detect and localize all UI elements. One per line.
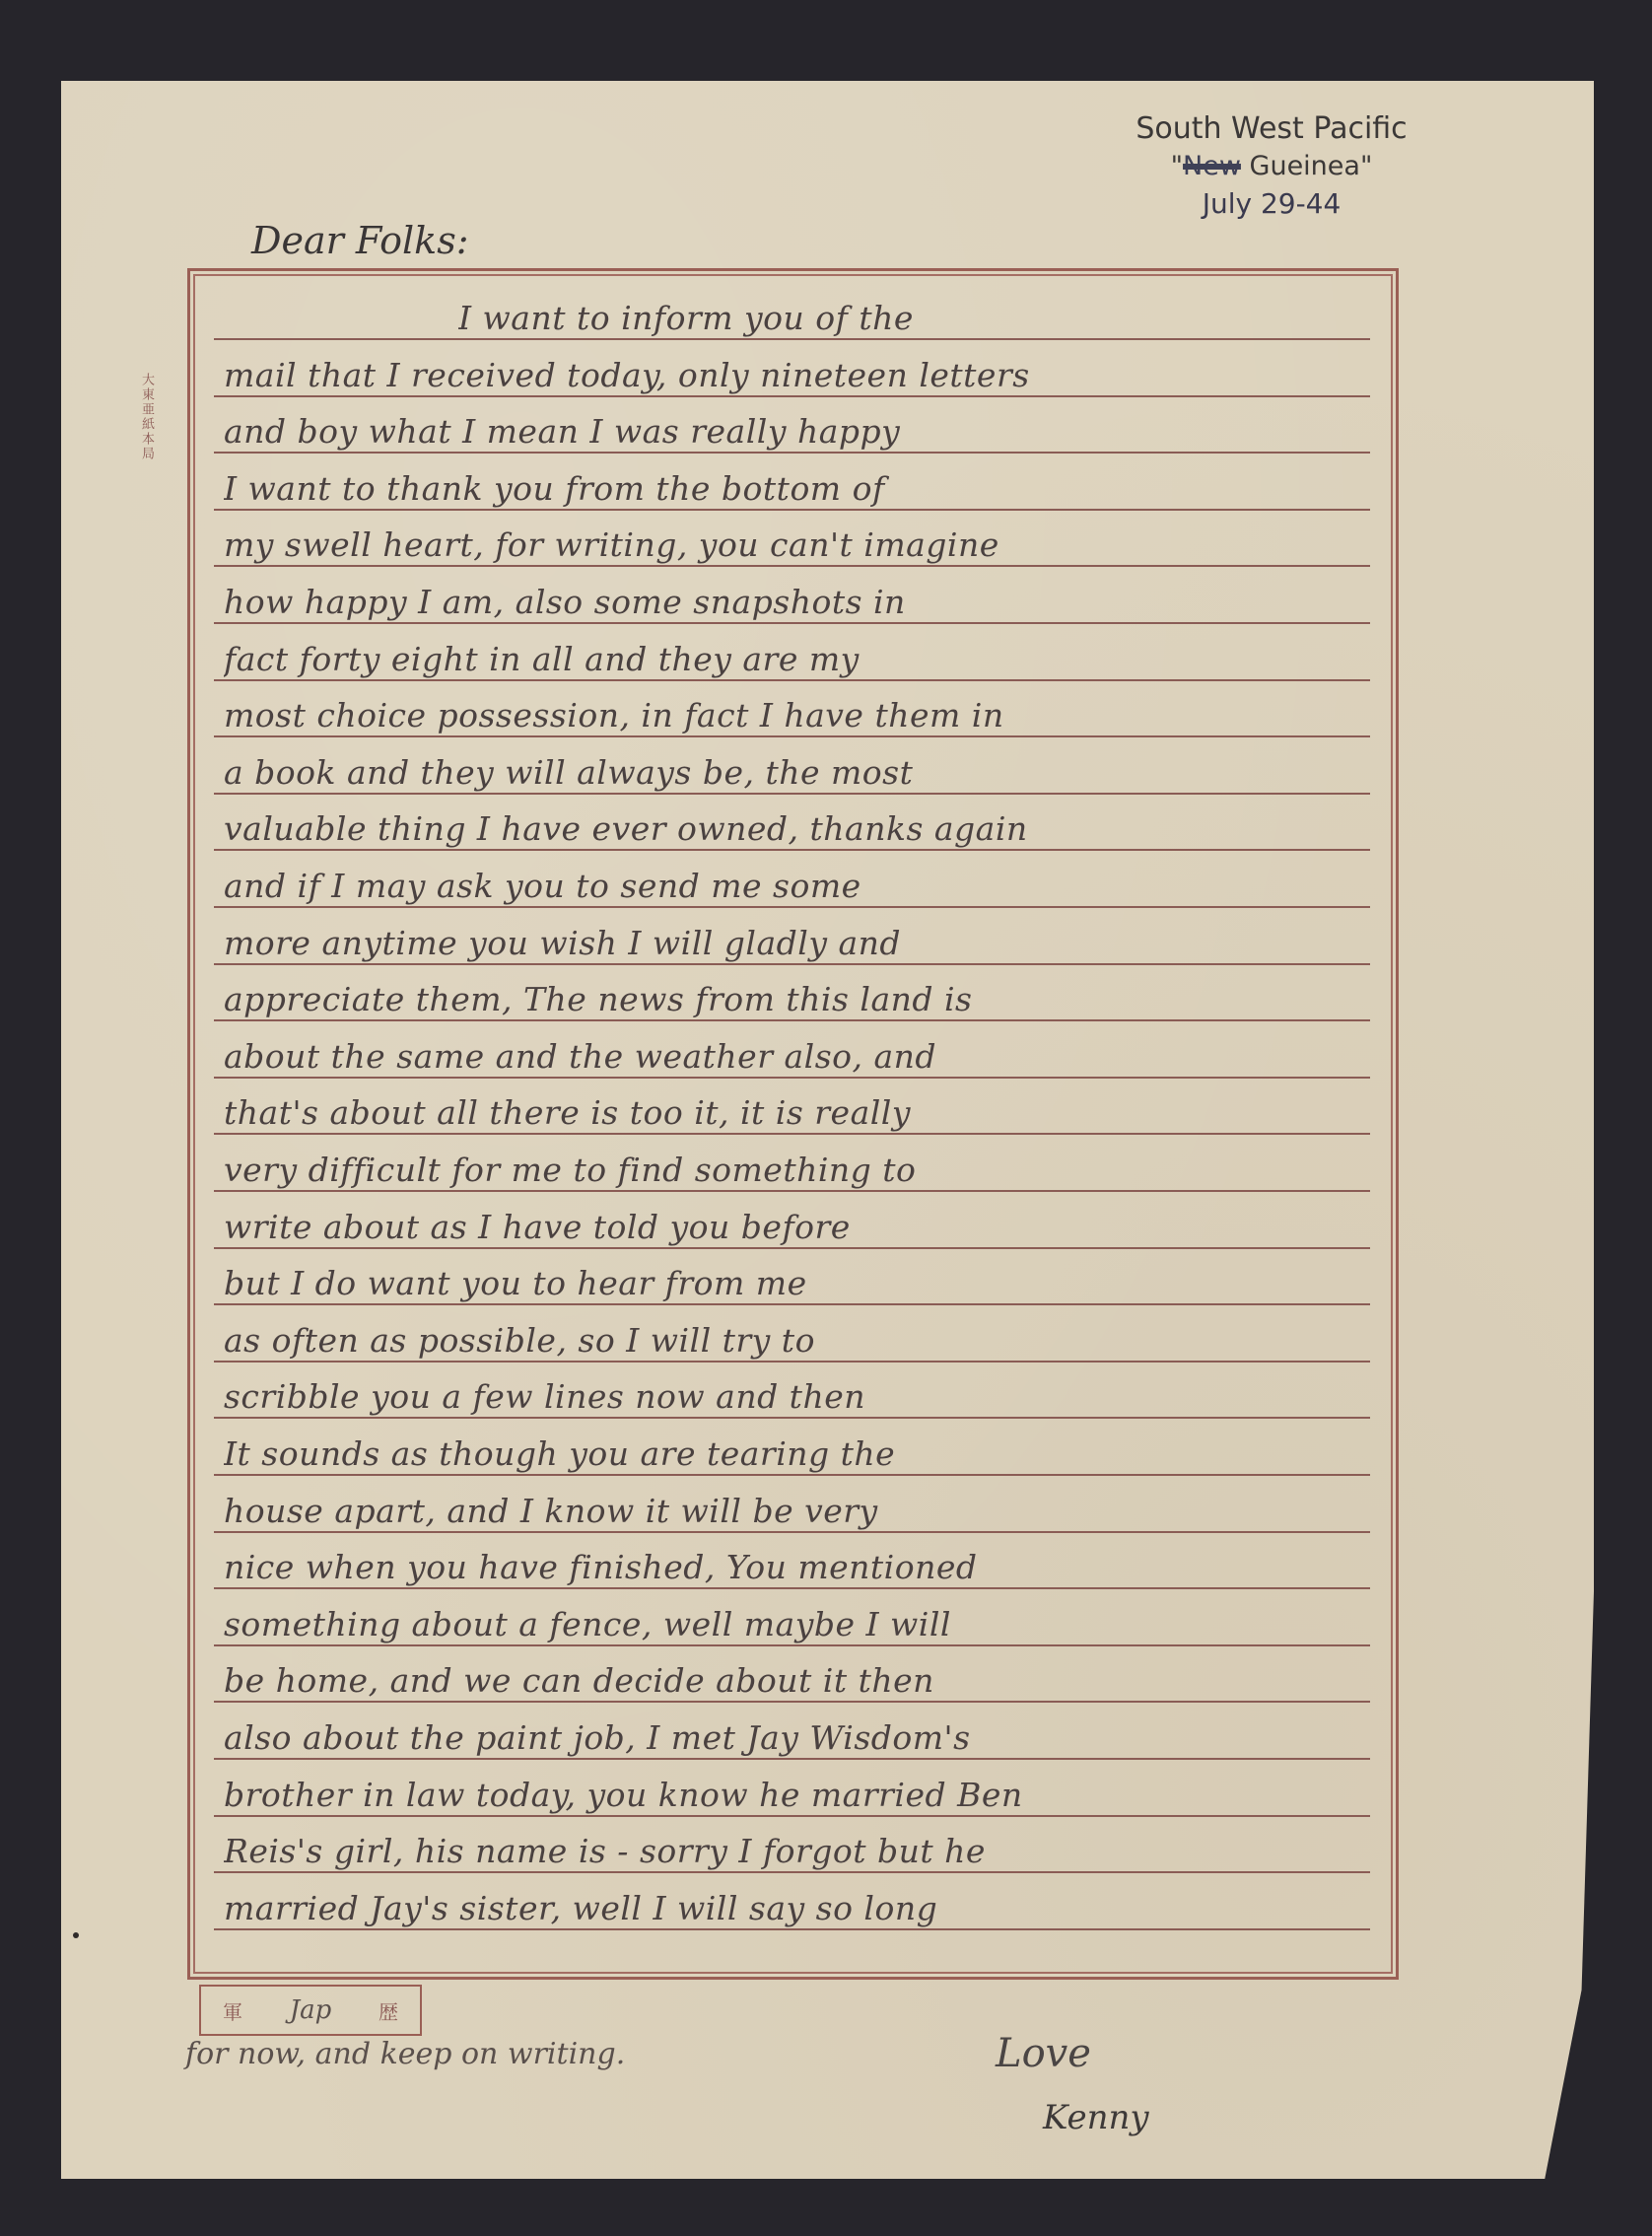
body-line: and if I may ask you to send me some: [224, 867, 1364, 905]
ruled-line: [214, 1531, 1370, 1533]
ruled-line: [214, 793, 1370, 795]
body-line: as often as possible, so I will try to: [224, 1321, 1364, 1360]
body-line: It sounds as though you are tearing the: [224, 1434, 1364, 1473]
struck-word: New: [1183, 151, 1241, 181]
ruled-line: [214, 1133, 1370, 1135]
body-line: write about as I have told you before: [224, 1208, 1364, 1246]
printed-stamp-box: 軍 Jap 歴: [199, 1985, 422, 2036]
body-line: that's about all there is too it, it is …: [224, 1093, 1364, 1132]
body-line: mail that I received today, only ninetee…: [224, 356, 1364, 394]
ruled-line: [214, 1815, 1370, 1817]
ruled-line: [214, 452, 1370, 454]
ruled-line: [214, 1417, 1370, 1419]
ruled-line: [214, 1758, 1370, 1760]
ruled-line: [214, 1701, 1370, 1703]
stamp-glyph-right: 歴: [379, 1996, 398, 2025]
ruled-line: [214, 1871, 1370, 1873]
body-line: married Jay's sister, well I will say so…: [224, 1889, 1364, 1927]
ruled-line: [214, 1019, 1370, 1021]
letter-body: I want to inform you of themail that I r…: [202, 271, 1384, 1977]
ruled-line: [214, 338, 1370, 340]
body-line: most choice possession, in fact I have t…: [224, 696, 1364, 734]
stamp-glyph-left: 軍: [223, 1996, 242, 2025]
margin-print-mark: 大東亜紙本局: [138, 373, 156, 461]
body-line: very difficult for me to find something …: [224, 1151, 1364, 1189]
body-line: appreciate them, The news from this land…: [224, 980, 1364, 1018]
postscript-line: for now, and keep on writing.: [185, 2037, 625, 2071]
body-line: valuable thing I have ever owned, thanks…: [224, 809, 1364, 848]
body-line: a book and they will always be, the most: [224, 753, 1364, 792]
body-line: my swell heart, for writing, you can't i…: [224, 525, 1364, 564]
ruled-line: [214, 1587, 1370, 1589]
ruled-line: [214, 1077, 1370, 1079]
ruled-line: [214, 735, 1370, 737]
ruled-line: [214, 1644, 1370, 1646]
ruled-line: [214, 963, 1370, 965]
ruled-line: [214, 622, 1370, 624]
place-line: "New Gueinea": [1094, 148, 1449, 185]
body-line: also about the paint job, I met Jay Wisd…: [224, 1718, 1364, 1757]
body-line: something about a fence, well maybe I wi…: [224, 1605, 1364, 1643]
body-line: nice when you have finished, You mention…: [224, 1548, 1364, 1586]
ruled-line: [214, 679, 1370, 681]
body-line: brother in law today, you know he marrie…: [224, 1776, 1364, 1814]
ruled-line: [214, 1190, 1370, 1192]
body-line: more anytime you wish I will gladly and: [224, 924, 1364, 962]
ruled-line: [214, 509, 1370, 511]
body-line: but I do want you to hear from me: [224, 1264, 1364, 1302]
place-name: Gueinea: [1250, 151, 1360, 181]
body-line: I want to thank you from the bottom of: [224, 469, 1364, 508]
body-line: I want to inform you of the: [458, 299, 1364, 337]
ruled-line: [214, 1928, 1370, 1930]
ruled-line: [214, 1361, 1370, 1363]
body-line: fact forty eight in all and they are my: [224, 640, 1364, 678]
ruled-line: [214, 1303, 1370, 1305]
body-line: house apart, and I know it will be very: [224, 1492, 1364, 1530]
stamp-handwriting: Jap: [290, 1995, 332, 2025]
ruled-line: [214, 906, 1370, 908]
body-line: Reis's girl, his name is - sorry I forgo…: [224, 1832, 1364, 1870]
body-line: and boy what I mean I was really happy: [224, 412, 1364, 451]
letter-header: South West Pacific "New Gueinea" July 29…: [1094, 110, 1449, 223]
body-line: how happy I am, also some snapshots in: [224, 583, 1364, 621]
closing: Love: [996, 2031, 1091, 2076]
ruled-frame: I want to inform you of themail that I r…: [187, 268, 1399, 1980]
location-line: South West Pacific: [1094, 110, 1449, 148]
signature: Kenny: [1043, 2098, 1149, 2137]
paper-mark: [73, 1932, 79, 1938]
salutation: Dear Folks:: [251, 219, 469, 262]
ruled-line: [214, 849, 1370, 851]
body-line: be home, and we can decide about it then: [224, 1661, 1364, 1700]
ruled-line: [214, 565, 1370, 567]
letter-date: July 29-44: [1094, 185, 1449, 223]
body-line: about the same and the weather also, and: [224, 1037, 1364, 1076]
ruled-line: [214, 395, 1370, 397]
ruled-line: [214, 1474, 1370, 1476]
body-line: scribble you a few lines now and then: [224, 1377, 1364, 1416]
ruled-line: [214, 1247, 1370, 1249]
